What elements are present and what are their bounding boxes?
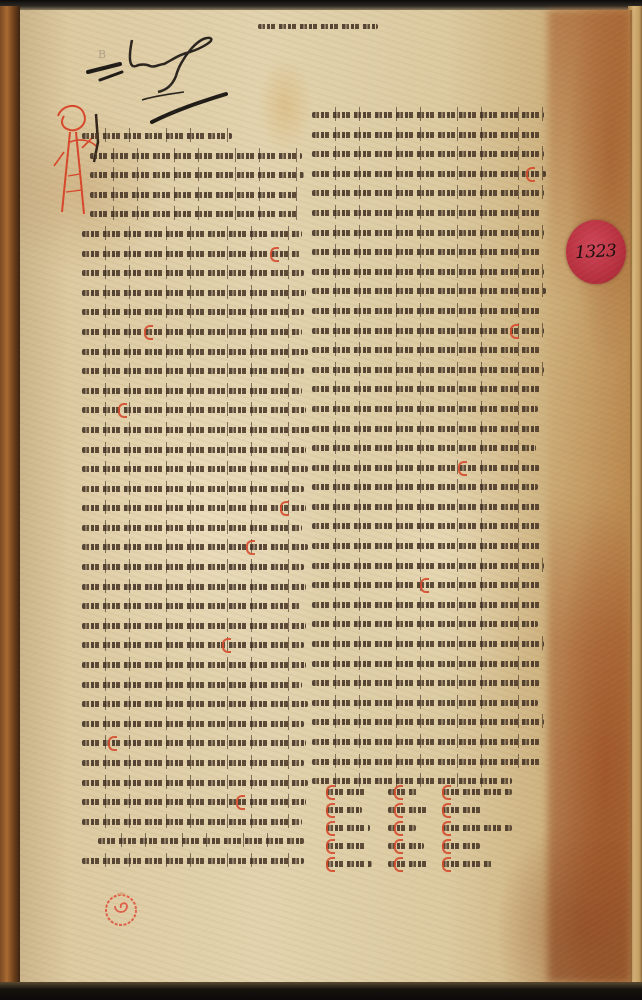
parchment-leaf: B bbox=[20, 10, 632, 982]
rubricated-list bbox=[302, 782, 542, 872]
binding-bottom-edge bbox=[0, 982, 642, 1000]
header-note bbox=[258, 22, 388, 30]
water-stain bbox=[548, 10, 630, 982]
library-stamp-icon bbox=[103, 888, 139, 928]
manuscript-photo: B bbox=[0, 0, 642, 1000]
svg-text:B: B bbox=[98, 48, 106, 61]
text-column-right bbox=[312, 105, 548, 791]
binding-top-edge bbox=[0, 0, 642, 10]
text-column-left bbox=[82, 126, 312, 871]
binding-left-board bbox=[0, 6, 20, 986]
shelfmark-number: 1323 bbox=[575, 241, 617, 263]
shelfmark-label: 1323 bbox=[566, 220, 626, 284]
